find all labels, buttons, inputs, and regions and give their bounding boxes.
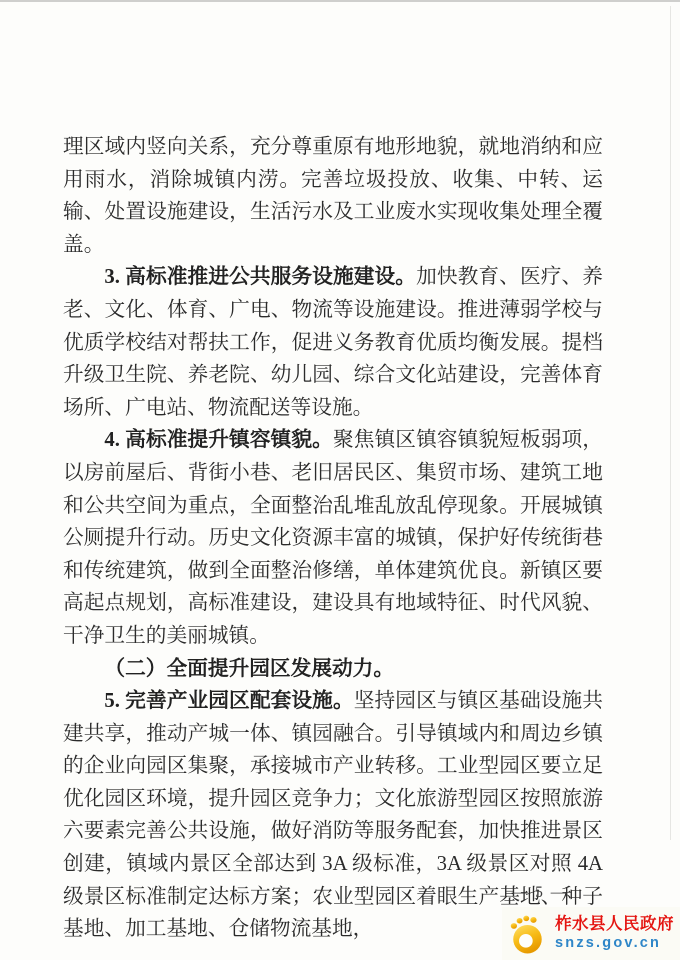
paragraph-text: 聚焦镇区镇容镇貌短板弱项，以房前屋后、背街小巷、老旧居民区、集贸市场、建筑工地和… xyxy=(63,429,603,647)
paragraph-text: 坚持园区与镇区基础设施共建共享，推动产城一体、镇园融合。引导镇域内和周边乡镇的企… xyxy=(63,690,603,940)
paragraph-lead: 5. 完善产业园区配套设施。 xyxy=(104,690,353,712)
gov-logo-watermark: 柞水县人民政府 snzs.gov.cn xyxy=(502,907,680,960)
scanned-document-page: 理区域内竖向关系，充分尊重原有地形地貌，就地消纳和应用雨水，消除城镇内涝。完善垃… xyxy=(0,0,680,960)
paragraph-lead: （二）全面提升园区发展动力。 xyxy=(104,658,394,680)
paragraph-text: 理区域内竖向关系，充分尊重原有地形地貌，就地消纳和应用雨水，消除城镇内涝。完善垃… xyxy=(63,136,603,256)
paragraph-lead: 3. 高标准推进公共服务设施建设。 xyxy=(104,266,416,288)
foot-paw-icon xyxy=(508,913,546,955)
gov-org-name: 柞水县人民政府 xyxy=(555,915,674,933)
scan-edge-right xyxy=(670,6,671,840)
page-number: — 5 — xyxy=(500,884,580,902)
scan-edge-top xyxy=(0,0,680,2)
paragraph: 4. 高标准提升镇容镇貌。聚焦镇区镇容镇貌短板弱项，以房前屋后、背街小巷、老旧居… xyxy=(63,424,603,652)
gov-logo-text: 柞水县人民政府 snzs.gov.cn xyxy=(555,915,674,951)
paragraph: 理区域内竖向关系，充分尊重原有地形地貌，就地消纳和应用雨水，消除城镇内涝。完善垃… xyxy=(63,131,603,261)
document-body: 理区域内竖向关系，充分尊重原有地形地貌，就地消纳和应用雨水，消除城镇内涝。完善垃… xyxy=(63,131,603,946)
paragraph: （二）全面提升园区发展动力。 xyxy=(63,653,603,686)
paragraph-lead: 4. 高标准提升镇容镇貌。 xyxy=(104,429,333,451)
gov-domain-url: snzs.gov.cn xyxy=(555,936,674,952)
paragraph-text: 加快教育、医疗、养老、文化、体育、广电、物流等设施建设。推进薄弱学校与优质学校结… xyxy=(63,266,603,418)
paragraph: 3. 高标准推进公共服务设施建设。加快教育、医疗、养老、文化、体育、广电、物流等… xyxy=(63,261,603,424)
